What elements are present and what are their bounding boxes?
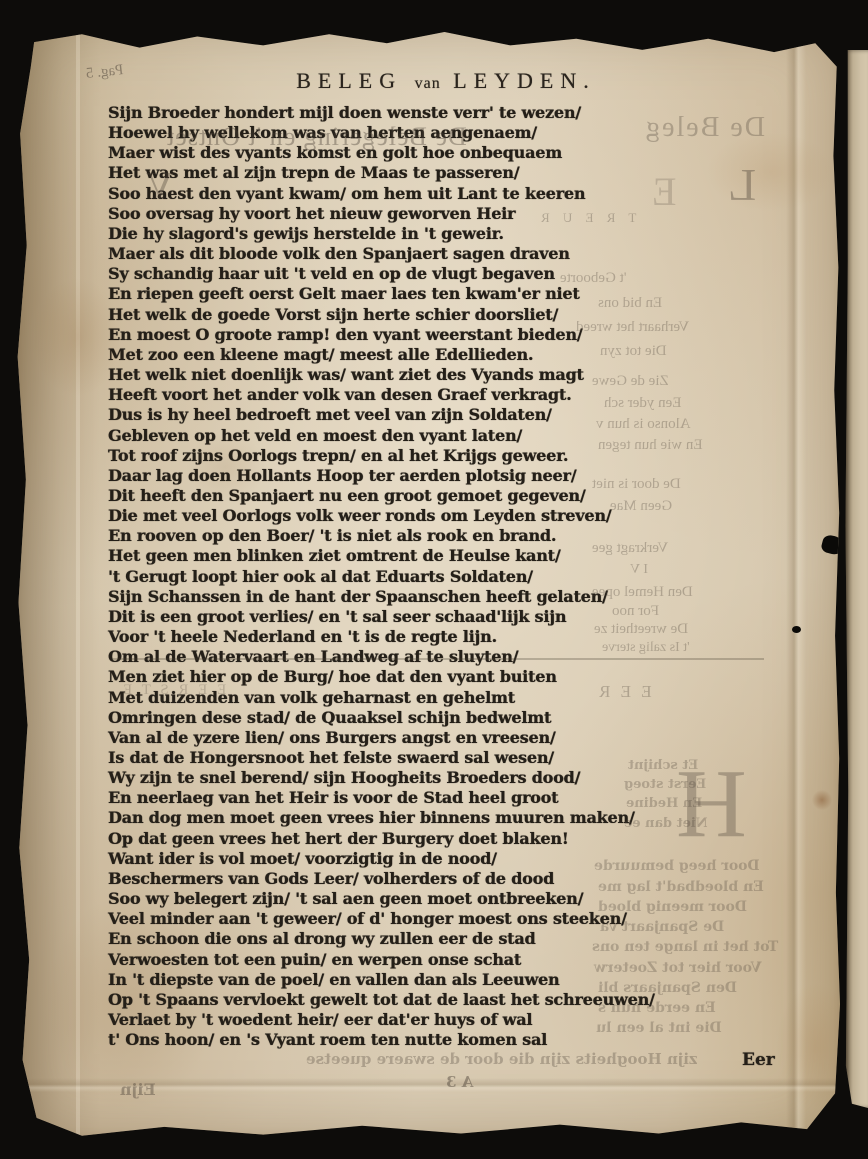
poem-line: Op dat geen vrees het hert der Burgery d… [108, 829, 756, 849]
bleedthrough-text: Voor hier tot Zoeterw [594, 960, 762, 976]
bleedthrough-text: En wie hun tegen [598, 437, 703, 454]
bleedthrough-text: L [728, 158, 756, 211]
bleedthrough-text: For noo [612, 603, 659, 620]
bleedthrough-text: Een yder sch [604, 395, 681, 412]
poem-line: Omringen dese stad/ de Quaaksel schijn b… [108, 708, 756, 728]
bleedthrough-text: V [146, 164, 173, 208]
bleedthrough-text: E E R S T E [120, 682, 226, 699]
bleedthrough-text: zijn Hoogheits zijn die door de swaere q… [306, 1050, 697, 1068]
bleedthrough-text: Tot het in lange ten ons [592, 939, 778, 955]
page-title: BELEG van LEYDEN. [166, 68, 726, 94]
bleedthrough-text: En eerde hun s [598, 1000, 716, 1016]
bleedthrough-text: En bid ons [598, 295, 662, 312]
bleedthrough-text: Et schijnt [628, 758, 698, 773]
bleedthrough-text: E [652, 168, 676, 215]
adjacent-page-edge [845, 50, 868, 1108]
catchword: Eer [742, 1050, 775, 1070]
poem-line: Maer als dit bloode volk den Spanjaert s… [108, 244, 756, 264]
bleedthrough-text: Niet dan ee [624, 816, 708, 831]
bleedthrough-text: Eerst stoeg [624, 777, 706, 792]
bleedthrough-text: Pag. 5 [85, 62, 124, 83]
bleedthrough-text: Geen Mae [610, 498, 672, 515]
poem-line: Van al de yzere lien/ ons Burgers angst … [108, 728, 756, 748]
bleedthrough-text: Eijn [120, 1080, 156, 1099]
bleedthrough-text: Die tot zyn [600, 343, 667, 360]
bleedthrough-text: Verhaart het wreed [576, 319, 689, 336]
paper-stain [812, 790, 832, 810]
bleedthrough-text: De door is niet [592, 476, 681, 493]
poem-line: Sy schandig haar uit 't veld en op de vl… [108, 264, 756, 284]
bleedthrough-text: A 3 [446, 1073, 473, 1091]
bleedthrough-text: En bloedbad't lag me [598, 879, 764, 895]
bleedthrough-text: Alonso is hun v [596, 416, 691, 433]
bleedthrough-text: I V [630, 562, 648, 578]
scan-stage: BELEG van LEYDEN. Sijn Broeder hondert m… [0, 0, 868, 1159]
bleedthrough-text: De wreetheit ze [594, 621, 688, 638]
bleedthrough-text: De Belegering en 't Ontset [166, 122, 467, 152]
title-word-van: van [415, 75, 441, 92]
scanned-book-page: BELEG van LEYDEN. Sijn Broeder hondert m… [16, 22, 840, 1138]
left-fold-shading [16, 22, 100, 1138]
poem-line: Die hy slagord's gewijs herstelde in 't … [108, 224, 756, 244]
page-tear-hole [820, 534, 846, 557]
bleedthrough-text: 't Geboorte [560, 270, 626, 287]
bleedthrough-rule [112, 658, 764, 660]
bleedthrough-text: Zie de Gewe [592, 373, 669, 390]
bleedthrough-text: E E R [596, 682, 652, 702]
title-word-beleg: BELEG [296, 68, 402, 93]
bleedthrough-text: En Hedine [626, 796, 702, 811]
bleedthrough-text: De Spanjaart va [600, 919, 724, 935]
bleedthrough-text: Verkragt gee [592, 540, 668, 557]
bleedthrough-text: Door heeg bemuurde [594, 858, 760, 874]
title-word-leyden: LEYDEN. [453, 68, 595, 93]
left-fold-ridge [76, 22, 80, 1138]
bleedthrough-text: Den Spanjaars bli [598, 980, 737, 996]
bleedthrough-text: Den Hemel opee [592, 584, 693, 601]
right-crease [786, 22, 806, 1138]
bleedthrough-text: De Beleg [644, 112, 765, 144]
bleedthrough-text: Die int al een lu [596, 1020, 722, 1036]
bleedthrough-text: Door meenig bloed [598, 899, 747, 915]
bleedthrough-text: 't Is zalig sterve [602, 640, 690, 656]
page-tear-hole [792, 626, 801, 633]
bleedthrough-text: T R E U R [536, 210, 636, 226]
